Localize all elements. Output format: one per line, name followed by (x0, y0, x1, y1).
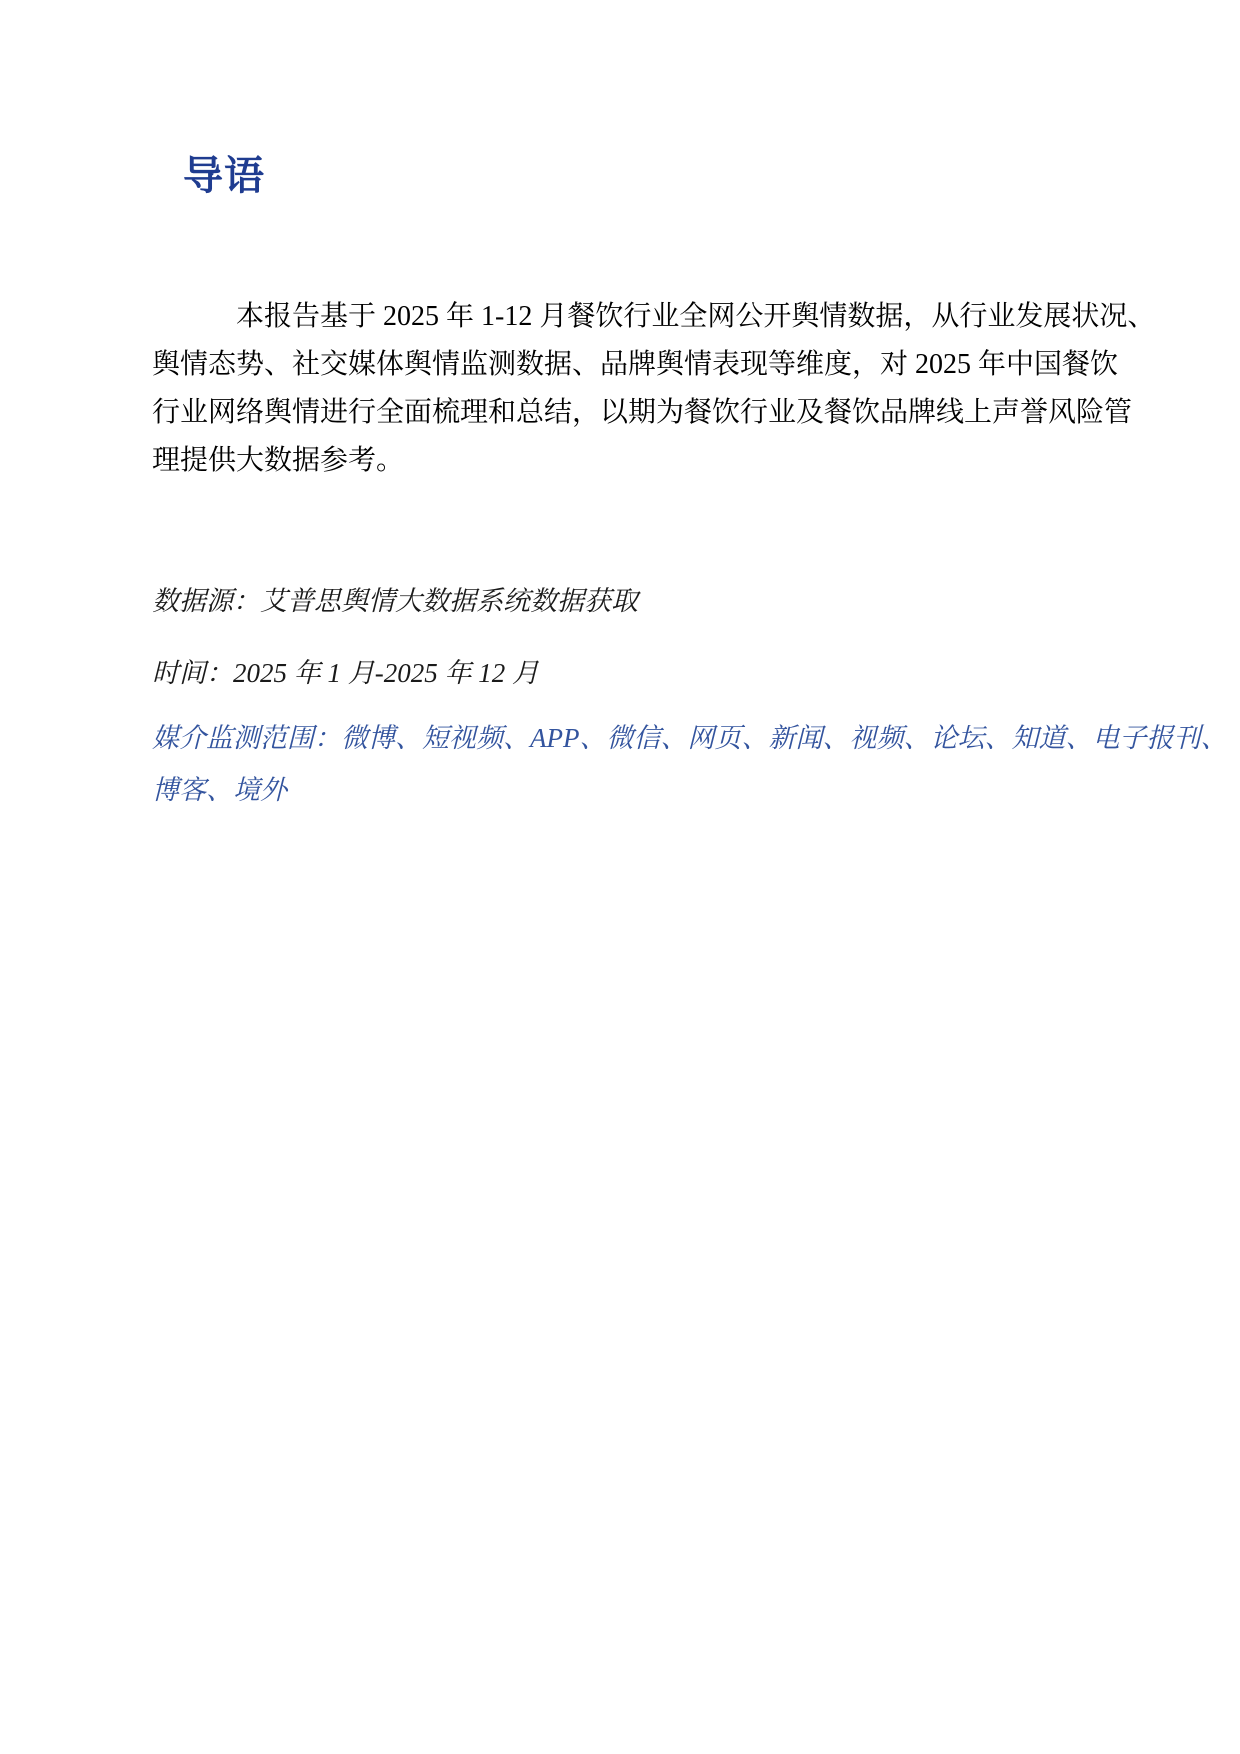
media-scope-line: 媒介监测范围：微博、短视频、APP、微信、网页、新闻、视频、论坛、知道、电子报刊… (152, 712, 1080, 816)
intro-paragraph: 本报告基于 2025 年 1-12 月餐饮行业全网公开舆情数据，从行业发展状况、… (152, 293, 1080, 485)
time-range-line: 时间：2025 年 1 月-2025 年 12 月 (152, 653, 1080, 693)
page-title: 导语 (183, 155, 1080, 197)
datasource-line: 数据源：艾普思舆情大数据系统数据获取 (152, 581, 1080, 621)
document-page: 导语 本报告基于 2025 年 1-12 月餐饮行业全网公开舆情数据，从行业发展… (0, 0, 1240, 1754)
page-content: 导语 本报告基于 2025 年 1-12 月餐饮行业全网公开舆情数据，从行业发展… (0, 155, 1240, 816)
